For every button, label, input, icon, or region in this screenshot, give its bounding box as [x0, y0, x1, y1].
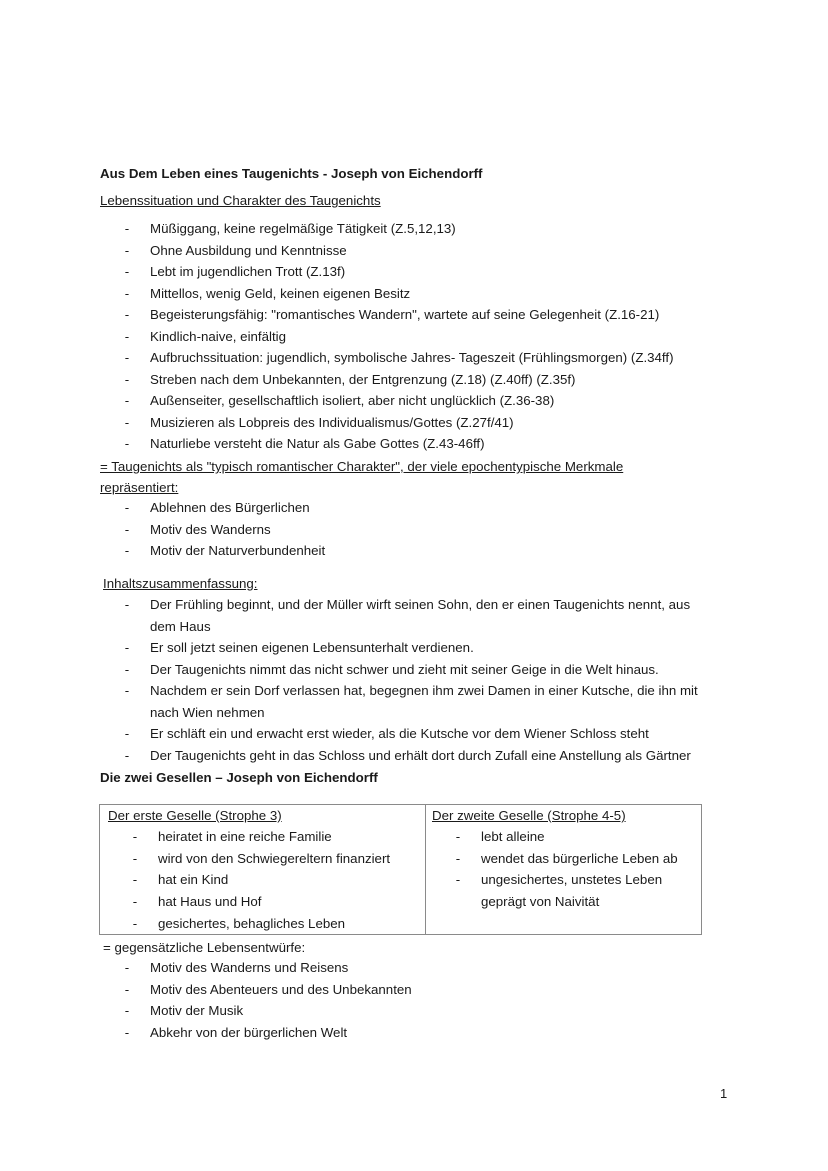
list-item: heiratet in eine reiche Familie: [158, 828, 332, 846]
bullet-dash: -: [122, 981, 132, 999]
list-item: gesichertes, behagliches Leben: [158, 915, 345, 933]
list-item: Abkehr von der bürgerlichen Welt: [150, 1024, 347, 1042]
list-item: nach Wien nehmen: [150, 704, 265, 722]
bullet-dash: -: [122, 220, 132, 238]
bullet-dash: -: [453, 871, 463, 889]
list-item: dem Haus: [150, 618, 211, 636]
list-item: Musizieren als Lobpreis des Individualis…: [150, 414, 514, 432]
bullet-dash: -: [122, 499, 132, 517]
document-title: Aus Dem Leben eines Taugenichts - Joseph…: [100, 165, 482, 183]
list-item: Er soll jetzt seinen eigenen Lebensunter…: [150, 639, 474, 657]
list-item: Kindlich-naive, einfältig: [150, 328, 286, 346]
bullet-dash: -: [122, 1024, 132, 1042]
section-title-gesellen: Die zwei Gesellen – Joseph von Eichendor…: [100, 769, 378, 787]
bullet-dash: -: [122, 1002, 132, 1020]
bullet-dash: -: [122, 596, 132, 614]
list-item: Begeisterungsfähig: "romantisches Wander…: [150, 306, 659, 324]
list-item: hat ein Kind: [158, 871, 228, 889]
list-item: Außenseiter, gesellschaftlich isoliert, …: [150, 392, 554, 410]
list-item: Motiv der Naturverbundenheit: [150, 542, 325, 560]
bullet-dash: -: [122, 263, 132, 281]
list-item: Mittellos, wenig Geld, keinen eigenen Be…: [150, 285, 410, 303]
list-item: geprägt von Naivität: [481, 893, 599, 911]
table-heading-first: Der erste Geselle (Strophe 3): [108, 807, 282, 825]
list-item: Der Taugenichts geht in das Schloss und …: [150, 747, 691, 765]
bullet-dash: -: [130, 893, 140, 911]
list-item: Nachdem er sein Dorf verlassen hat, bege…: [150, 682, 698, 700]
list-item: Motiv des Wanderns: [150, 521, 271, 539]
list-item: Der Taugenichts nimmt das nicht schwer u…: [150, 661, 659, 679]
bullet-dash: -: [122, 682, 132, 700]
list-item: Motiv des Wanderns und Reisens: [150, 959, 348, 977]
bullet-dash: -: [122, 306, 132, 324]
list-item: Der Frühling beginnt, und der Müller wir…: [150, 596, 690, 614]
conclusion-line-1: = Taugenichts als "typisch romantischer …: [100, 458, 623, 476]
bullet-dash: -: [122, 521, 132, 539]
bullet-dash: -: [122, 371, 132, 389]
list-item: Müßiggang, keine regelmäßige Tätigkeit (…: [150, 220, 456, 238]
bullet-dash: -: [122, 725, 132, 743]
bullet-dash: -: [130, 828, 140, 846]
table-divider: [425, 805, 426, 934]
bullet-dash: -: [122, 414, 132, 432]
bullet-dash: -: [122, 542, 132, 560]
table-heading-second: Der zweite Geselle (Strophe 4-5): [432, 807, 626, 825]
contrast-conclusion: = gegensätzliche Lebensentwürfe:: [103, 939, 305, 957]
list-item: Er schläft ein und erwacht erst wieder, …: [150, 725, 649, 743]
bullet-dash: -: [122, 639, 132, 657]
list-item: Ohne Ausbildung und Kenntnisse: [150, 242, 347, 260]
list-item: Motiv des Abenteuers und des Unbekannten: [150, 981, 412, 999]
list-item: ungesichertes, unstetes Leben: [481, 871, 662, 889]
bullet-dash: -: [453, 828, 463, 846]
bullet-dash: -: [122, 328, 132, 346]
bullet-dash: -: [130, 850, 140, 868]
list-item: Ablehnen des Bürgerlichen: [150, 499, 310, 517]
bullet-dash: -: [122, 747, 132, 765]
list-item: Streben nach dem Unbekannten, der Entgre…: [150, 371, 575, 389]
summary-heading: Inhaltszusammenfassung:: [103, 575, 257, 593]
list-item: Aufbruchssituation: jugendlich, symbolis…: [150, 349, 674, 367]
section-heading-character: Lebenssituation und Charakter des Taugen…: [100, 192, 381, 210]
bullet-dash: -: [130, 915, 140, 933]
conclusion-line-2: repräsentiert:: [100, 479, 178, 497]
bullet-dash: -: [122, 349, 132, 367]
list-item: Lebt im jugendlichen Trott (Z.13f): [150, 263, 345, 281]
list-item: lebt alleine: [481, 828, 545, 846]
list-item: Naturliebe versteht die Natur als Gabe G…: [150, 435, 485, 453]
bullet-dash: -: [122, 242, 132, 260]
bullet-dash: -: [122, 959, 132, 977]
bullet-dash: -: [122, 285, 132, 303]
bullet-dash: -: [122, 392, 132, 410]
page-number: 1: [720, 1086, 727, 1101]
bullet-dash: -: [130, 871, 140, 889]
bullet-dash: -: [122, 435, 132, 453]
bullet-dash: -: [453, 850, 463, 868]
list-item: hat Haus und Hof: [158, 893, 262, 911]
list-item: wird von den Schwiegereltern finanziert: [158, 850, 390, 868]
list-item: wendet das bürgerliche Leben ab: [481, 850, 678, 868]
bullet-dash: -: [122, 661, 132, 679]
list-item: Motiv der Musik: [150, 1002, 243, 1020]
document-page: Aus Dem Leben eines Taugenichts - Joseph…: [0, 0, 828, 1171]
